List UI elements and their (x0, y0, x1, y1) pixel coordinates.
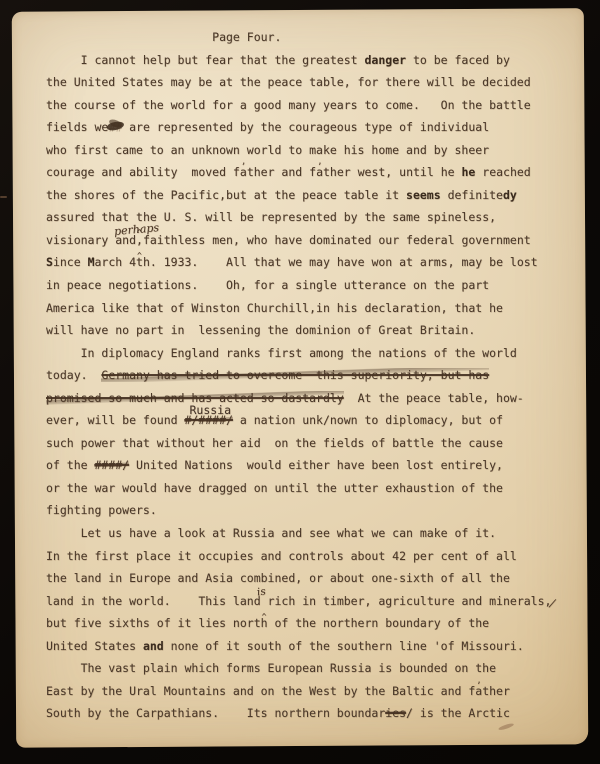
text-line: ever, will be found #/####/Russia a nati… (46, 409, 546, 432)
text-segment: faithless men, who have dominated our fe… (143, 233, 531, 247)
text-segment: and (143, 639, 164, 653)
text-segment: Germany has tried to overcome this super… (101, 368, 489, 382)
text-segment: In the first place it occupies and contr… (46, 549, 517, 563)
text-segment: ther west, until he (323, 165, 461, 179)
text-segment: ## (108, 120, 122, 134)
text-segment: a’ (240, 165, 247, 179)
text-line: assured that the^ U. S. will be represen… (46, 206, 546, 229)
text-segment: in peace negotiations. Oh, for a single … (46, 278, 489, 292)
text-line: Let us have a look at Russia and see wha… (46, 522, 546, 545)
text-segment: Let us have a look at Russia and see wha… (46, 526, 496, 540)
text-line: of the ####/ United Nations would either… (46, 454, 546, 477)
text-segment: but five sixths of it lies north of the … (46, 616, 489, 630)
caret-mark: ^ (137, 245, 142, 268)
text-segment: fighting powers. (46, 503, 157, 517)
text-line: courage and ability moved fa’ther and fa… (46, 161, 546, 184)
text-segment: he (461, 165, 475, 179)
typewritten-text: Page Four. I cannot help but fear that t… (46, 26, 546, 725)
text-line: the land in Europe and Asia combined, or… (46, 567, 546, 590)
text-segment: of the (46, 458, 94, 472)
text-segment: Page Four. (46, 30, 281, 44)
text-segment: rich in timber, agriculture and minerals… (268, 594, 552, 608)
text-segment: I cannot help but fear that the greatest (46, 53, 365, 67)
text-segment: At the peace table, how- (344, 391, 524, 405)
text-line: fighting powers. (46, 499, 546, 522)
text-line: or the war would have dragged on until t… (46, 477, 546, 500)
text-segment: ####/ (94, 458, 129, 472)
text-segment: M (88, 255, 95, 269)
text-segment: East by the Ural Mountains and on the We… (46, 684, 475, 698)
text-segment: ,perhaps^ (136, 233, 143, 247)
text-segment: courage and ability moved f (46, 165, 240, 179)
text-segment: definite (441, 188, 503, 202)
text-line: In the first place it occupies and contr… (46, 545, 546, 568)
text-segment: ies (385, 706, 406, 720)
text-segment: the land in Europe and Asia combined, or… (46, 571, 510, 585)
text-line: in peace negotiations. Oh, for a single … (46, 274, 546, 297)
text-segment: the United States may be at the peace ta… (46, 75, 531, 89)
text-line: land in the world. This land is^rich in … (46, 590, 546, 613)
text-segment: a’ (316, 165, 323, 179)
text-segment: United Nations would either have been lo… (129, 458, 503, 472)
text-segment: The vast plain which forms European Russ… (46, 661, 496, 675)
text-segment: are represented by the courageous type o… (122, 120, 489, 134)
handwritten-insertion: ’ (242, 157, 245, 180)
text-line: today. Germany has tried to overcome thi… (46, 364, 546, 387)
text-line: Page Four. (46, 26, 546, 49)
text-segment: a nation unk/nown to diplomacy, but of (233, 413, 503, 427)
text-segment: ince (53, 255, 88, 269)
text-segment: #/####/Russia (184, 413, 232, 427)
text-segment: a’ (475, 684, 482, 698)
text-line: United States and none of it south of th… (46, 635, 546, 658)
text-segment: South by the Carpathians. Its northern b… (46, 706, 385, 720)
text-line: the United States may be at the peace ta… (46, 71, 546, 94)
text-segment: danger (365, 53, 407, 67)
text-segment: America like that of Winston Churchill,i… (46, 301, 503, 315)
text-segment: United States (46, 639, 143, 653)
text-segment: the shores of the Pacific,but at the pea… (46, 188, 406, 202)
text-line: visionary and,perhaps^faithless men, who… (46, 229, 546, 252)
text-line: will have no part in lessening the domin… (46, 319, 546, 342)
text-line: The vast plain which forms European Russ… (46, 657, 546, 680)
text-segment: today. (46, 368, 101, 382)
text-segment: fields we (46, 120, 108, 134)
text-line: fields we## are represented by the coura… (46, 116, 546, 139)
caret-mark: ^ (262, 606, 267, 629)
text-line: In diplomacy England ranks first among t… (46, 342, 546, 365)
text-segment: ther and f (247, 165, 316, 179)
text-segment: S (46, 255, 53, 269)
text-segment: assured that (46, 210, 136, 224)
text-line: Since March 4th. 1933. All that we may h… (46, 251, 546, 274)
handwritten-insertion: ’ (477, 676, 480, 699)
handwritten-insertion: ’ (318, 157, 321, 180)
text-segment: arch 4th. 1933. All that we may have won… (95, 255, 538, 269)
text-segment: U. S. will be represented by the same sp… (157, 210, 496, 224)
text-segment: such power that without her aid on the f… (46, 436, 503, 450)
dust-fleck (0, 196, 7, 198)
text-segment: the course of the world for a good many … (46, 98, 531, 112)
text-segment: seems (406, 188, 441, 202)
text-line: I cannot help but fear that the greatest… (46, 49, 546, 72)
text-segment: In diplomacy England ranks first among t… (46, 346, 517, 360)
text-line: but five sixths of it lies north of the … (46, 612, 546, 635)
text-line: East by the Ural Mountains and on the We… (46, 680, 546, 703)
text-segment: the^ (136, 210, 157, 224)
text-segment: none of it south of the southern line 'o… (164, 639, 524, 653)
text-line: South by the Carpathians. Its northern b… (46, 702, 546, 725)
text-segment: who first came to an unknown world to ma… (46, 143, 489, 157)
text-segment: dy (503, 188, 517, 202)
text-segment: / is the Arctic (406, 706, 510, 720)
text-segment: reached (475, 165, 530, 179)
text-line: America like that of Winston Churchill,i… (46, 297, 546, 320)
text-line: who first came to an unknown world to ma… (46, 139, 546, 162)
text-line: such power that without her aid on the f… (46, 432, 546, 455)
text-segment: ever, will be found (46, 413, 184, 427)
text-line: the course of the world for a good many … (46, 94, 546, 117)
text-segment: promised so much and has acted so dastar… (46, 391, 344, 405)
text-segment: visionary and (46, 233, 136, 247)
text-segment: to be faced by (406, 53, 510, 67)
text-segment: is^ (261, 594, 268, 608)
text-segment: land in the world. This land (46, 594, 261, 608)
text-line: the shores of the Pacific,but at the pea… (46, 184, 546, 207)
text-line: promised so much and has acted so dastar… (46, 387, 546, 410)
text-segment: will have no part in lessening the domin… (46, 323, 475, 337)
text-segment: or the war would have dragged on until t… (46, 481, 503, 495)
text-segment: ther (482, 684, 510, 698)
